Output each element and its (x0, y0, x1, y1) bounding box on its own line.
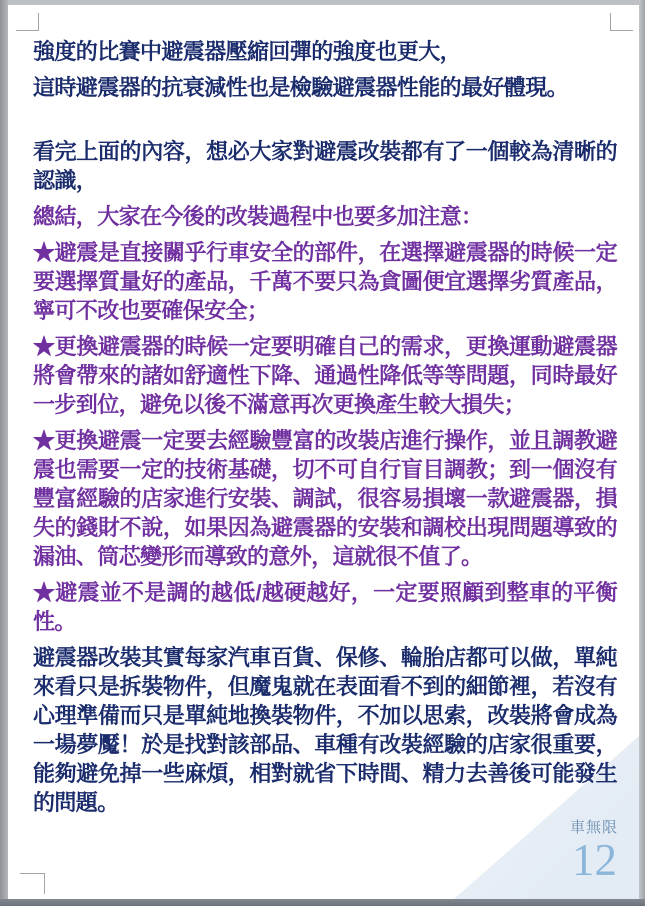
paragraph: ★避震是直接關乎行車安全的部件，在選擇避震器的時候一定要選擇質量好的產品，千萬不… (33, 238, 617, 325)
paragraph: 看完上面的內容，想必大家對避震改裝都有了一個較為清晰的認識， (33, 137, 617, 195)
page-bottom-edge (0, 899, 645, 906)
paragraph: 強度的比賽中避震器壓縮回彈的強度也更大， (33, 37, 617, 66)
brand-label: 車無限 (570, 816, 618, 837)
page-edge-top (8, 0, 639, 5)
paragraph: 避震器改裝其實每家汽車百貨、保修、輪胎店都可以做，單純來看只是拆裝物件，但魔鬼就… (33, 643, 617, 817)
paragraph: 這時避震器的抗衰減性也是檢驗避震器性能的最好體現。 (33, 73, 617, 102)
paragraph: ★更換避震器的時候一定要明確自己的需求，更換運動避震器將會帶來的諸如舒適性下降、… (33, 332, 617, 419)
margin-corner-mark-bottom-left (20, 873, 45, 894)
page-edge-right (639, 0, 645, 906)
document-page: 強度的比賽中避震器壓縮回彈的強度也更大， 這時避震器的抗衰減性也是檢驗避震器性能… (0, 0, 645, 906)
paragraph: ★避震並不是調的越低/越硬越好，一定要照顧到整車的平衡性。 (33, 578, 617, 636)
paragraph: 總結，大家在今後的改裝過程中也要多加注意： (33, 202, 617, 231)
margin-corner-mark-top-right (610, 13, 633, 31)
page-content: 強度的比賽中避震器壓縮回彈的強度也更大， 這時避震器的抗衰減性也是檢驗避震器性能… (33, 37, 617, 824)
paragraph: ★更換避震一定要去經驗豐富的改裝店進行操作，並且調教避震也需要一定的技術基礎，切… (33, 426, 617, 571)
page-edge-left (0, 0, 8, 906)
margin-corner-mark-top-left (16, 13, 39, 31)
page-number: 12 (572, 838, 617, 883)
